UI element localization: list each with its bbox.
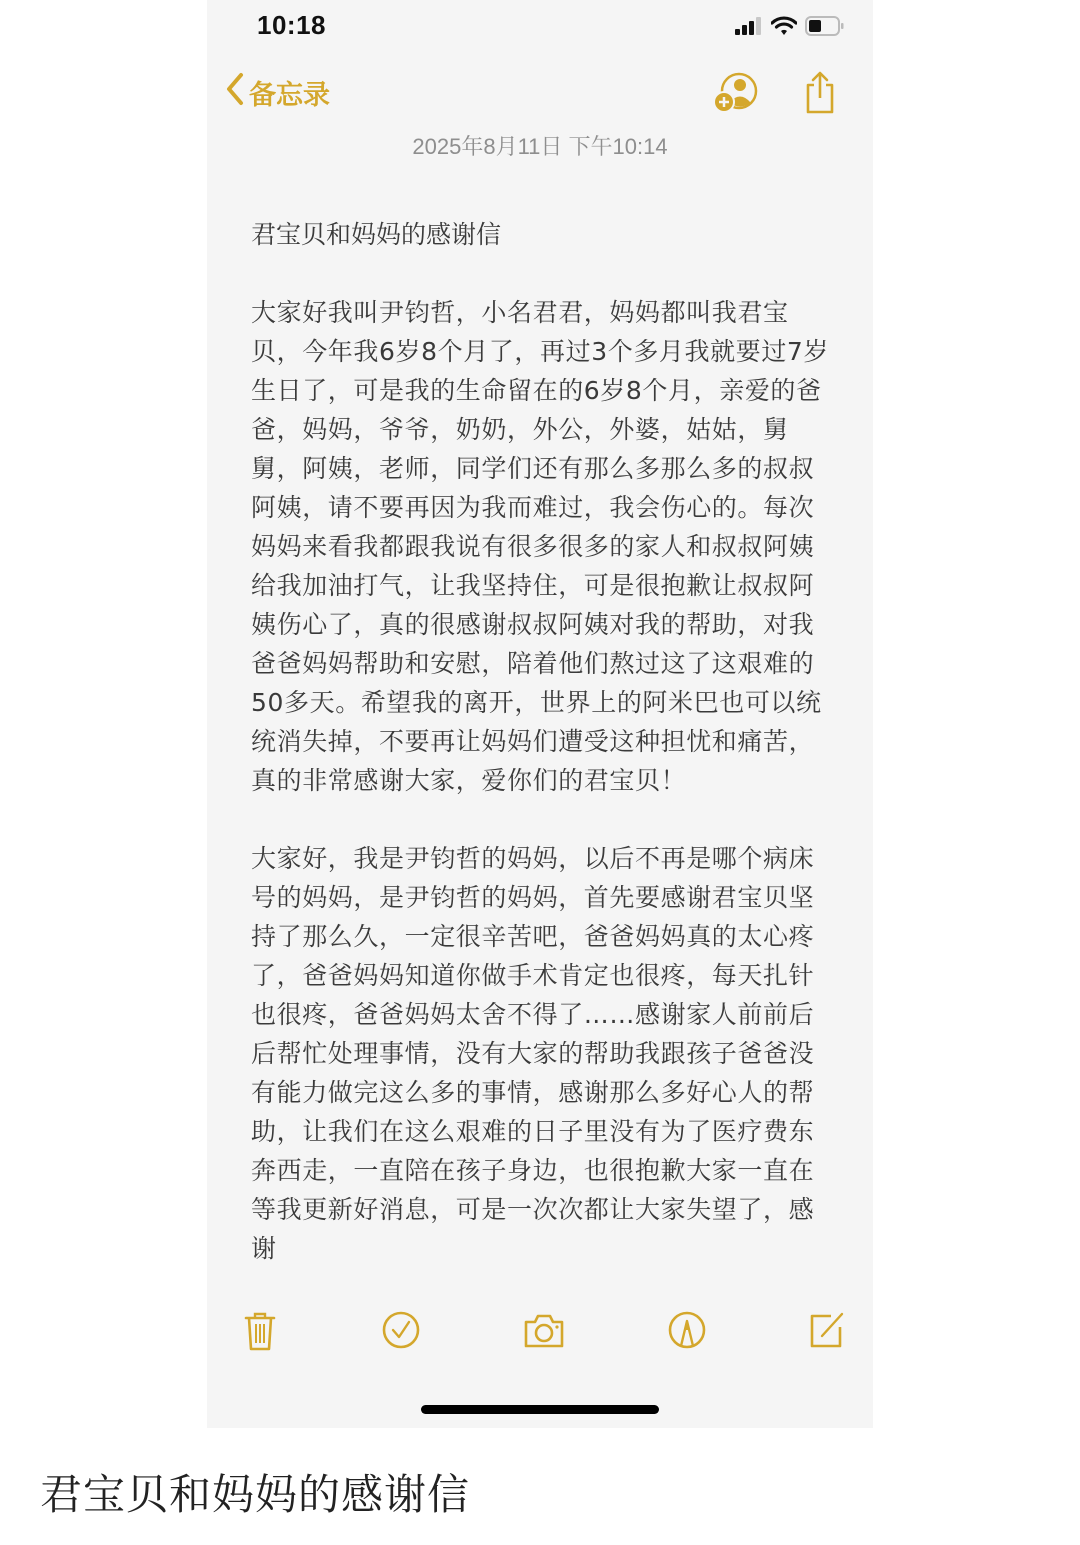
wifi-icon <box>771 16 797 40</box>
post-caption: 君宝贝和妈妈的感谢信 <box>40 1462 470 1522</box>
status-bar: 10:18 <box>207 0 873 56</box>
note-date: 2025年8月11日 下午10:14 <box>207 130 873 161</box>
status-time: 10:18 <box>257 10 326 41</box>
trash-icon[interactable] <box>243 1310 277 1356</box>
markup-icon[interactable] <box>667 1310 707 1354</box>
camera-icon[interactable] <box>522 1310 566 1354</box>
add-collaborator-icon[interactable] <box>712 70 760 120</box>
share-icon[interactable] <box>803 70 837 120</box>
status-icons <box>735 16 845 40</box>
back-label: 备忘录 <box>249 73 330 112</box>
bottom-toolbar <box>207 1310 873 1366</box>
note-paragraph-1: 大家好我叫尹钧哲，小名君君，妈妈都叫我君宝贝，今年我6岁8个月了，再过3个多月我… <box>251 293 831 800</box>
chevron-left-icon <box>225 72 249 113</box>
home-indicator <box>421 1405 659 1414</box>
signal-icon <box>735 17 763 39</box>
phone-screenshot: 10:18 <box>207 0 873 1428</box>
note-title: 君宝贝和妈妈的感谢信 <box>251 215 831 254</box>
checklist-icon[interactable] <box>381 1310 421 1354</box>
nav-bar: 备忘录 <box>207 66 873 126</box>
battery-icon <box>805 16 845 40</box>
back-button[interactable]: 备忘录 <box>225 72 330 113</box>
note-body[interactable]: 君宝贝和妈妈的感谢信 大家好我叫尹钧哲，小名君君，妈妈都叫我君宝贝，今年我6岁8… <box>251 215 831 1295</box>
compose-icon[interactable] <box>807 1310 847 1354</box>
note-paragraph-2: 大家好，我是尹钧哲的妈妈，以后不再是哪个病床号的妈妈，是尹钧哲的妈妈，首先要感谢… <box>251 839 831 1268</box>
